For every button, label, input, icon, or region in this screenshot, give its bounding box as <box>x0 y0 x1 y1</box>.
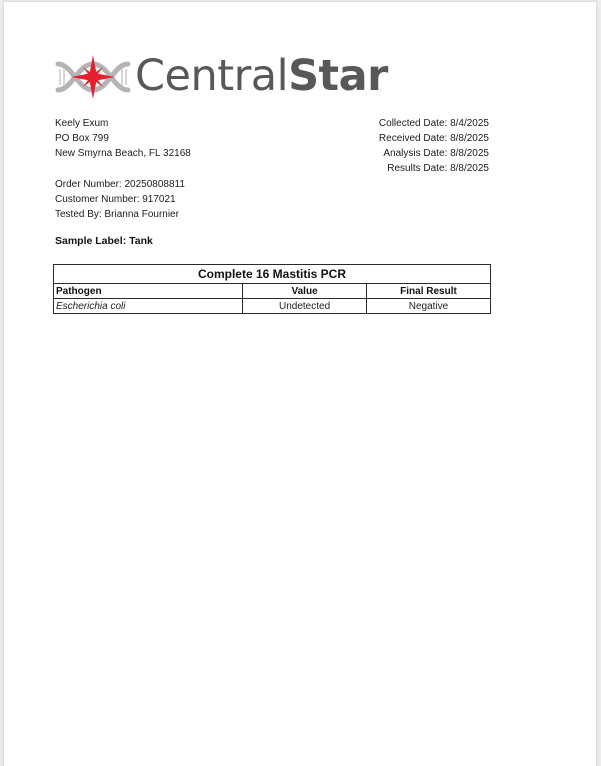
customer-address-block: Keely Exum PO Box 799 New Smyrna Beach, … <box>55 116 191 161</box>
table-row: Escherichia coli Undetected Negative <box>54 299 491 314</box>
customer-name: Keely Exum <box>55 116 191 131</box>
centralstar-logo: CentralStar <box>54 52 388 102</box>
dna-compass-star-icon <box>54 54 132 100</box>
header-pathogen: Pathogen <box>54 284 243 299</box>
header-value: Value <box>243 284 367 299</box>
brand-name-bold: Star <box>288 51 388 101</box>
order-info-block: Order Number: 20250808811 Customer Numbe… <box>55 177 185 222</box>
received-date: Received Date: 8/8/2025 <box>379 131 489 146</box>
brand-name-light: Central <box>135 51 288 101</box>
tested-by: Tested By: Brianna Fournier <box>55 207 185 222</box>
dates-block: Collected Date: 8/4/2025 Received Date: … <box>379 116 489 176</box>
analysis-date: Analysis Date: 8/8/2025 <box>379 146 489 161</box>
table-title: Complete 16 Mastitis PCR <box>54 265 491 284</box>
table-title-row: Complete 16 Mastitis PCR <box>54 265 491 284</box>
header-final-result: Final Result <box>367 284 491 299</box>
address-line-1: PO Box 799 <box>55 131 191 146</box>
results-table: Complete 16 Mastitis PCR Pathogen Value … <box>53 264 491 314</box>
brand-name: CentralStar <box>135 55 388 98</box>
results-date: Results Date: 8/8/2025 <box>379 161 489 176</box>
sample-label: Sample Label: Tank <box>55 235 153 247</box>
cell-final-result: Negative <box>367 299 491 314</box>
cell-value: Undetected <box>243 299 367 314</box>
report-page: CentralStar Keely Exum PO Box 799 New Sm… <box>4 2 596 766</box>
address-line-2: New Smyrna Beach, FL 32168 <box>55 146 191 161</box>
customer-number: Customer Number: 917021 <box>55 192 185 207</box>
table-header-row: Pathogen Value Final Result <box>54 284 491 299</box>
collected-date: Collected Date: 8/4/2025 <box>379 116 489 131</box>
cell-pathogen: Escherichia coli <box>54 299 243 314</box>
order-number: Order Number: 20250808811 <box>55 177 185 192</box>
